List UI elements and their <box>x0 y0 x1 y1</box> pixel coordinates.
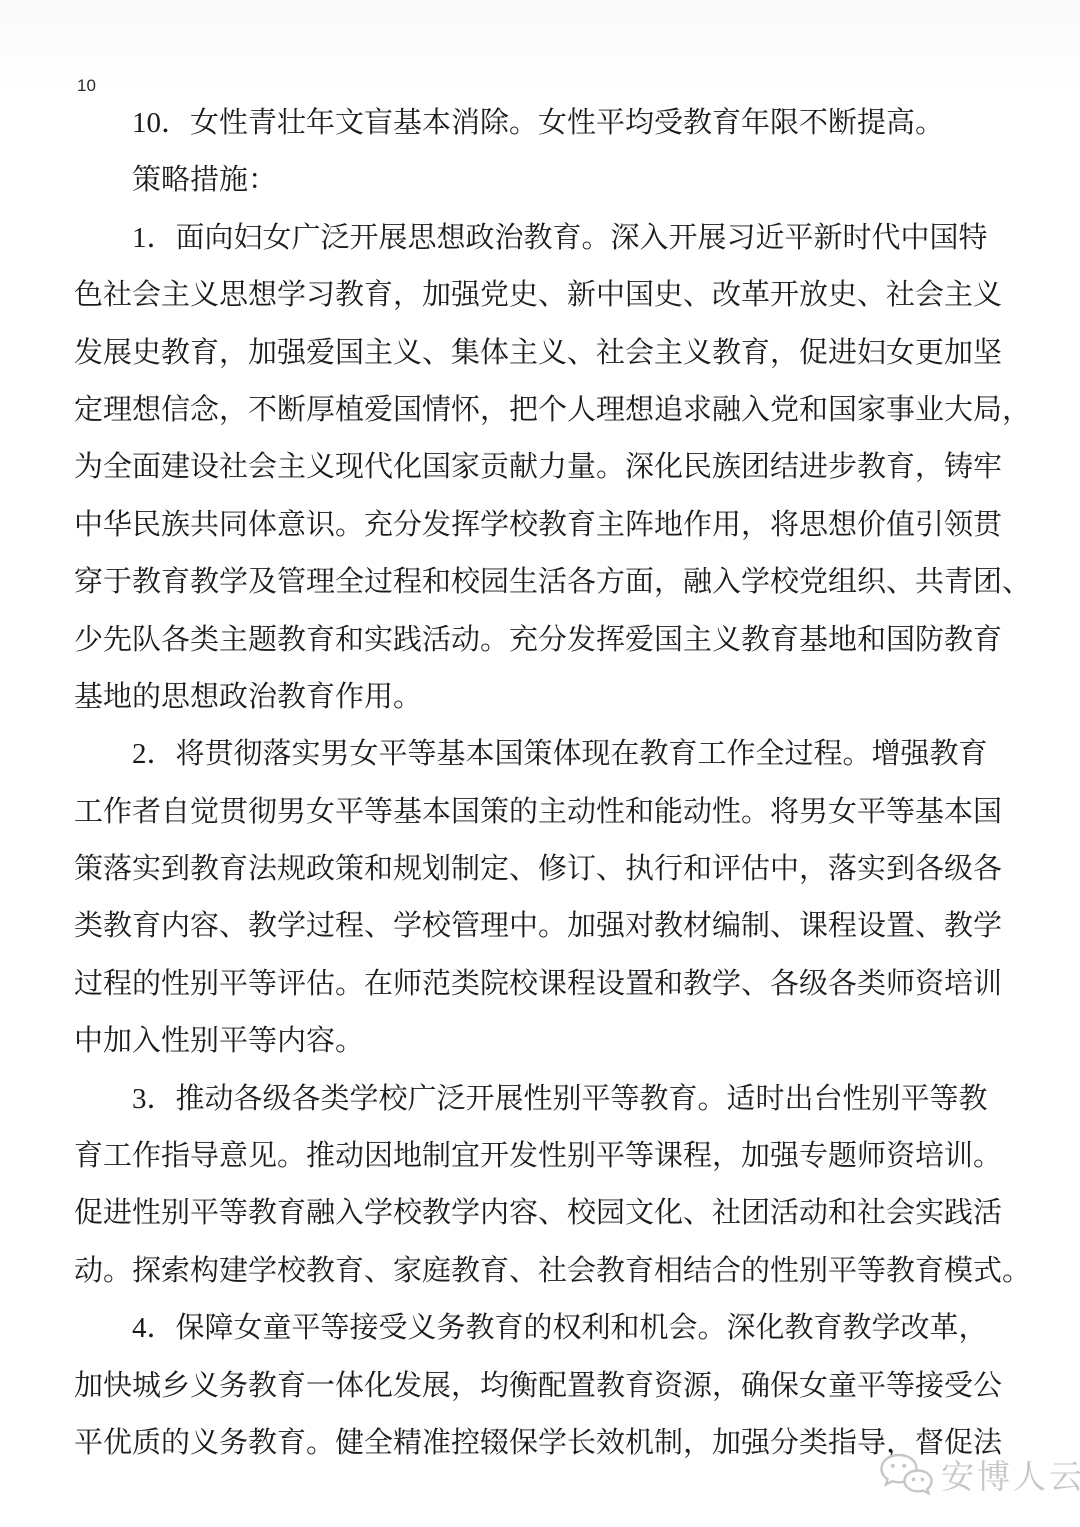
paragraph: 4．保障女童平等接受义务教育的权利和机会。深化教育教学改革， 加快城乡义务教育一… <box>74 1300 1008 1472</box>
paragraph: 2．将贯彻落实男女平等基本国策体现在教育工作全过程。增强教育 工作者自觉贯彻男女… <box>74 726 1008 1070</box>
watermark-label: 安博人云 <box>941 1451 1080 1498</box>
text-line: 工作者自觉贯彻男女平等基本国策的主动性和能动性。将男女平等基本国 <box>74 784 1008 841</box>
text-line: 促进性别平等教育融入学校教学内容、校园文化、社团活动和社会实践活 <box>74 1185 1008 1242</box>
text-line: 1．面向妇女广泛开展思想政治教育。深入开展习近平新时代中国特 <box>74 210 1008 267</box>
paragraph: 策略措施： <box>74 152 1008 209</box>
watermark: 安博人云 <box>878 1451 1080 1498</box>
text-line: 基地的思想政治教育作用。 <box>74 669 1008 726</box>
document-body: 10．女性青壮年文盲基本消除。女性平均受教育年限不断提高。 策略措施： 1．面向… <box>74 95 1008 1472</box>
text-line: 2．将贯彻落实男女平等基本国策体现在教育工作全过程。增强教育 <box>74 726 1008 783</box>
text-line: 中华民族共同体意识。充分发挥学校教育主阵地作用，将思想价值引领贯 <box>74 497 1008 554</box>
text-line: 动。探索构建学校教育、家庭教育、社会教育相结合的性别平等教育模式。 <box>74 1243 1008 1300</box>
page-number: 10 <box>77 76 96 96</box>
text-line: 过程的性别平等评估。在师范类院校课程设置和教学、各级各类师资培训 <box>74 956 1008 1013</box>
paragraph: 1．面向妇女广泛开展思想政治教育。深入开展习近平新时代中国特 色社会主义思想学习… <box>74 210 1008 727</box>
text-line: 色社会主义思想学习教育，加强党史、新中国史、改革开放史、社会主义 <box>74 267 1008 324</box>
text-line: 少先队各类主题教育和实践活动。充分发挥爱国主义教育基地和国防教育 <box>74 612 1008 669</box>
text-line: 策略措施： <box>74 152 1008 209</box>
text-line: 中加入性别平等内容。 <box>74 1013 1008 1070</box>
text-line: 平优质的义务教育。健全精准控辍保学长效机制，加强分类指导，督促法 <box>74 1415 1008 1472</box>
text-line: 10．女性青壮年文盲基本消除。女性平均受教育年限不断提高。 <box>74 95 1008 152</box>
paragraph: 3．推动各级各类学校广泛开展性别平等教育。适时出台性别平等教 育工作指导意见。推… <box>74 1071 1008 1301</box>
text-line: 育工作指导意见。推动因地制宜开发性别平等课程，加强专题师资培训。 <box>74 1128 1008 1185</box>
text-line: 穿于教育教学及管理全过程和校园生活各方面，融入学校党组织、共青团、 <box>74 554 1008 611</box>
text-line: 发展史教育，加强爱国主义、集体主义、社会主义教育，促进妇女更加坚 <box>74 325 1008 382</box>
paragraph: 10．女性青壮年文盲基本消除。女性平均受教育年限不断提高。 <box>74 95 1008 152</box>
text-line: 类教育内容、教学过程、学校管理中。加强对教材编制、课程设置、教学 <box>74 898 1008 955</box>
text-line: 3．推动各级各类学校广泛开展性别平等教育。适时出台性别平等教 <box>74 1071 1008 1128</box>
text-line: 加快城乡义务教育一体化发展，均衡配置教育资源，确保女童平等接受公 <box>74 1358 1008 1415</box>
text-line: 为全面建设社会主义现代化国家贡献力量。深化民族团结进步教育，铸牢 <box>74 439 1008 496</box>
text-line: 策落实到教育法规政策和规划制定、修订、执行和评估中，落实到各级各 <box>74 841 1008 898</box>
text-line: 4．保障女童平等接受义务教育的权利和机会。深化教育教学改革， <box>74 1300 1008 1357</box>
scan-shading <box>0 0 1080 110</box>
text-line: 定理想信念，不断厚植爱国情怀，把个人理想追求融入党和国家事业大局， <box>74 382 1008 439</box>
wechat-icon <box>878 1452 934 1498</box>
